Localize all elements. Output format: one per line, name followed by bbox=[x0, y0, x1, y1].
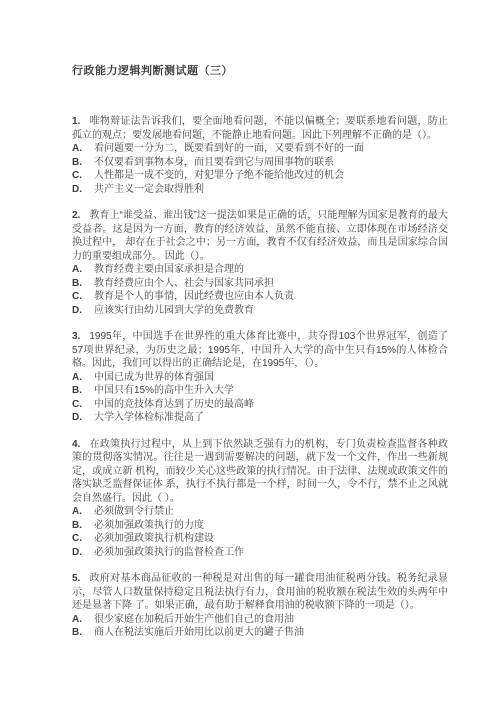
question-number: 2. bbox=[72, 210, 80, 221]
question-5-stem: 5.政府对基本商品征收的一种税是对出售的每一罐食用油征税两分钱。税务纪录显示，尽… bbox=[72, 572, 448, 613]
option-text: 很少家庭在加税后开始生产他们自己的食用油 bbox=[94, 613, 448, 627]
option-row: B. 必须加强政策执行的力度 bbox=[72, 519, 448, 533]
question-number: 4. bbox=[72, 439, 80, 450]
option-label: C. bbox=[72, 532, 94, 546]
option-text: 必须做到令行禁止 bbox=[94, 505, 448, 519]
option-row: C. 教育是个人的事情，因此经费也应由本人负责 bbox=[72, 290, 448, 304]
option-text: 中国的竞技体育达到了历史的最高峰 bbox=[94, 398, 448, 412]
question-stem-text: 政府对基本商品征收的一种税是对出售的每一罐食用油征税两分钱。税务纪录显示，尽管人… bbox=[72, 573, 448, 611]
option-text: 共产主义一定会取得胜利 bbox=[94, 183, 448, 197]
question-3-stem: 3.1995年，中国选手在世界性的重大体育比赛中，共夺得103个世界冠军，创造了… bbox=[72, 330, 448, 371]
option-label: D. bbox=[72, 411, 94, 425]
question-2: 2.教育上“谁受益、谁出钱”这一提法如果是正确的话，只能理解为国家是教育的最大受… bbox=[72, 209, 448, 317]
option-row: B. 不仅要看到事物本身，而且要看到它与周围事物的联系 bbox=[72, 156, 448, 170]
question-number: 5. bbox=[72, 573, 80, 584]
question-2-options: A. 教育经费主要由国家承担是合理的 B. 教育经费应由个人、社会与国家共同承担… bbox=[72, 263, 448, 317]
option-row: B. 商人在税法实施后开始用比以前更大的罐子售油 bbox=[72, 626, 448, 640]
option-text: 教育经费主要由国家承担是合理的 bbox=[94, 263, 448, 277]
document-title: 行政能力逻辑判断测试题（三） bbox=[72, 62, 448, 78]
option-text: 大学入学体检标准提高了 bbox=[94, 411, 448, 425]
option-row: A. 中国已成为世界的体育强国 bbox=[72, 371, 448, 385]
option-label: B. bbox=[72, 277, 94, 291]
option-text: 教育经费应由个人、社会与国家共同承担 bbox=[94, 277, 448, 291]
option-text: 应该实行由幼儿园到大学的免费教育 bbox=[94, 304, 448, 318]
question-2-stem: 2.教育上“谁受益、谁出钱”这一提法如果是正确的话，只能理解为国家是教育的最大受… bbox=[72, 209, 448, 263]
option-label: A. bbox=[72, 371, 94, 385]
option-label: B. bbox=[72, 156, 94, 170]
option-label: A. bbox=[72, 613, 94, 627]
document-page: 行政能力逻辑判断测试题（三） 1.唯物辩证法告诉我们，要全面地看问题，不能以偏概… bbox=[0, 0, 500, 707]
option-label: D. bbox=[72, 304, 94, 318]
question-number: 3. bbox=[72, 331, 80, 342]
option-label: D. bbox=[72, 546, 94, 560]
option-row: B. 中国只有15%的高中生升入大学 bbox=[72, 384, 448, 398]
question-1: 1.唯物辩证法告诉我们，要全面地看问题，不能以偏概全；要联系地看问题，防止孤立的… bbox=[72, 115, 448, 196]
option-row: D. 必须加强政策执行的监督检查工作 bbox=[72, 546, 448, 560]
option-row: D. 大学入学体检标准提高了 bbox=[72, 411, 448, 425]
question-3: 3.1995年，中国选手在世界性的重大体育比赛中，共夺得103个世界冠军，创造了… bbox=[72, 330, 448, 425]
option-label: B. bbox=[72, 384, 94, 398]
option-text: 必须加强政策执行的力度 bbox=[94, 519, 448, 533]
option-row: C. 人性都是一成不变的，对犯罪分子绝不能给他改过的机会 bbox=[72, 169, 448, 183]
option-row: A. 很少家庭在加税后开始生产他们自己的食用油 bbox=[72, 613, 448, 627]
option-label: A. bbox=[72, 263, 94, 277]
question-5: 5.政府对基本商品征收的一种税是对出售的每一罐食用油征税两分钱。税务纪录显示，尽… bbox=[72, 572, 448, 640]
question-4-options: A. 必须做到令行禁止 B. 必须加强政策执行的力度 C. 必须加强政策执行机构… bbox=[72, 505, 448, 559]
option-text: 人性都是一成不变的，对犯罪分子绝不能给他改过的机会 bbox=[94, 169, 448, 183]
question-stem-text: 在政策执行过程中，从上到下依然缺乏强有力的机构，专门负责检查监督各种政策的贯彻落… bbox=[72, 439, 448, 504]
option-label: A. bbox=[72, 142, 94, 156]
option-text: 商人在税法实施后开始用比以前更大的罐子售油 bbox=[94, 626, 448, 640]
question-4-stem: 4.在政策执行过程中，从上到下依然缺乏强有力的机构，专门负责检查监督各种政策的贯… bbox=[72, 438, 448, 506]
option-text: 必须加强政策执行的监督检查工作 bbox=[94, 546, 448, 560]
option-text: 教育是个人的事情，因此经费也应由本人负责 bbox=[94, 290, 448, 304]
option-text: 中国已成为世界的体育强国 bbox=[94, 371, 448, 385]
option-text: 不仅要看到事物本身，而且要看到它与周围事物的联系 bbox=[94, 156, 448, 170]
option-row: A. 必须做到令行禁止 bbox=[72, 505, 448, 519]
question-1-options: A. 看问题要一分为二，既要看到好的一面，又要看到不好的一面 B. 不仅要看到事… bbox=[72, 142, 448, 196]
option-row: C. 中国的竞技体育达到了历史的最高峰 bbox=[72, 398, 448, 412]
option-label: D. bbox=[72, 183, 94, 197]
question-4: 4.在政策执行过程中，从上到下依然缺乏强有力的机构，专门负责检查监督各种政策的贯… bbox=[72, 438, 448, 560]
option-label: C. bbox=[72, 290, 94, 304]
option-row: A. 看问题要一分为二，既要看到好的一面，又要看到不好的一面 bbox=[72, 142, 448, 156]
option-label: C. bbox=[72, 169, 94, 183]
option-label: B. bbox=[72, 626, 94, 640]
option-label: C. bbox=[72, 398, 94, 412]
option-label: A. bbox=[72, 505, 94, 519]
option-row: D. 应该实行由幼儿园到大学的免费教育 bbox=[72, 304, 448, 318]
option-text: 看问题要一分为二，既要看到好的一面，又要看到不好的一面 bbox=[94, 142, 448, 156]
question-3-options: A. 中国已成为世界的体育强国 B. 中国只有15%的高中生升入大学 C. 中国… bbox=[72, 371, 448, 425]
question-5-options: A. 很少家庭在加税后开始生产他们自己的食用油 B. 商人在税法实施后开始用比以… bbox=[72, 613, 448, 640]
question-stem-text: 1995年，中国选手在世界性的重大体育比赛中，共夺得103个世界冠军，创造了 5… bbox=[72, 331, 448, 369]
question-1-stem: 1.唯物辩证法告诉我们，要全面地看问题，不能以偏概全；要联系地看问题，防止孤立的… bbox=[72, 115, 448, 142]
option-row: D. 共产主义一定会取得胜利 bbox=[72, 183, 448, 197]
option-row: B. 教育经费应由个人、社会与国家共同承担 bbox=[72, 277, 448, 291]
option-row: C. 必须加强政策执行机构建设 bbox=[72, 532, 448, 546]
option-text: 必须加强政策执行机构建设 bbox=[94, 532, 448, 546]
option-row: A. 教育经费主要由国家承担是合理的 bbox=[72, 263, 448, 277]
question-stem-text: 唯物辩证法告诉我们，要全面地看问题，不能以偏概全；要联系地看问题，防止孤立的观点… bbox=[72, 116, 448, 141]
option-text: 中国只有15%的高中生升入大学 bbox=[94, 384, 448, 398]
question-number: 1. bbox=[72, 116, 80, 127]
question-stem-text: 教育上“谁受益、谁出钱”这一提法如果是正确的话，只能理解为国家是教育的最大受益者… bbox=[72, 210, 448, 262]
option-label: B. bbox=[72, 519, 94, 533]
